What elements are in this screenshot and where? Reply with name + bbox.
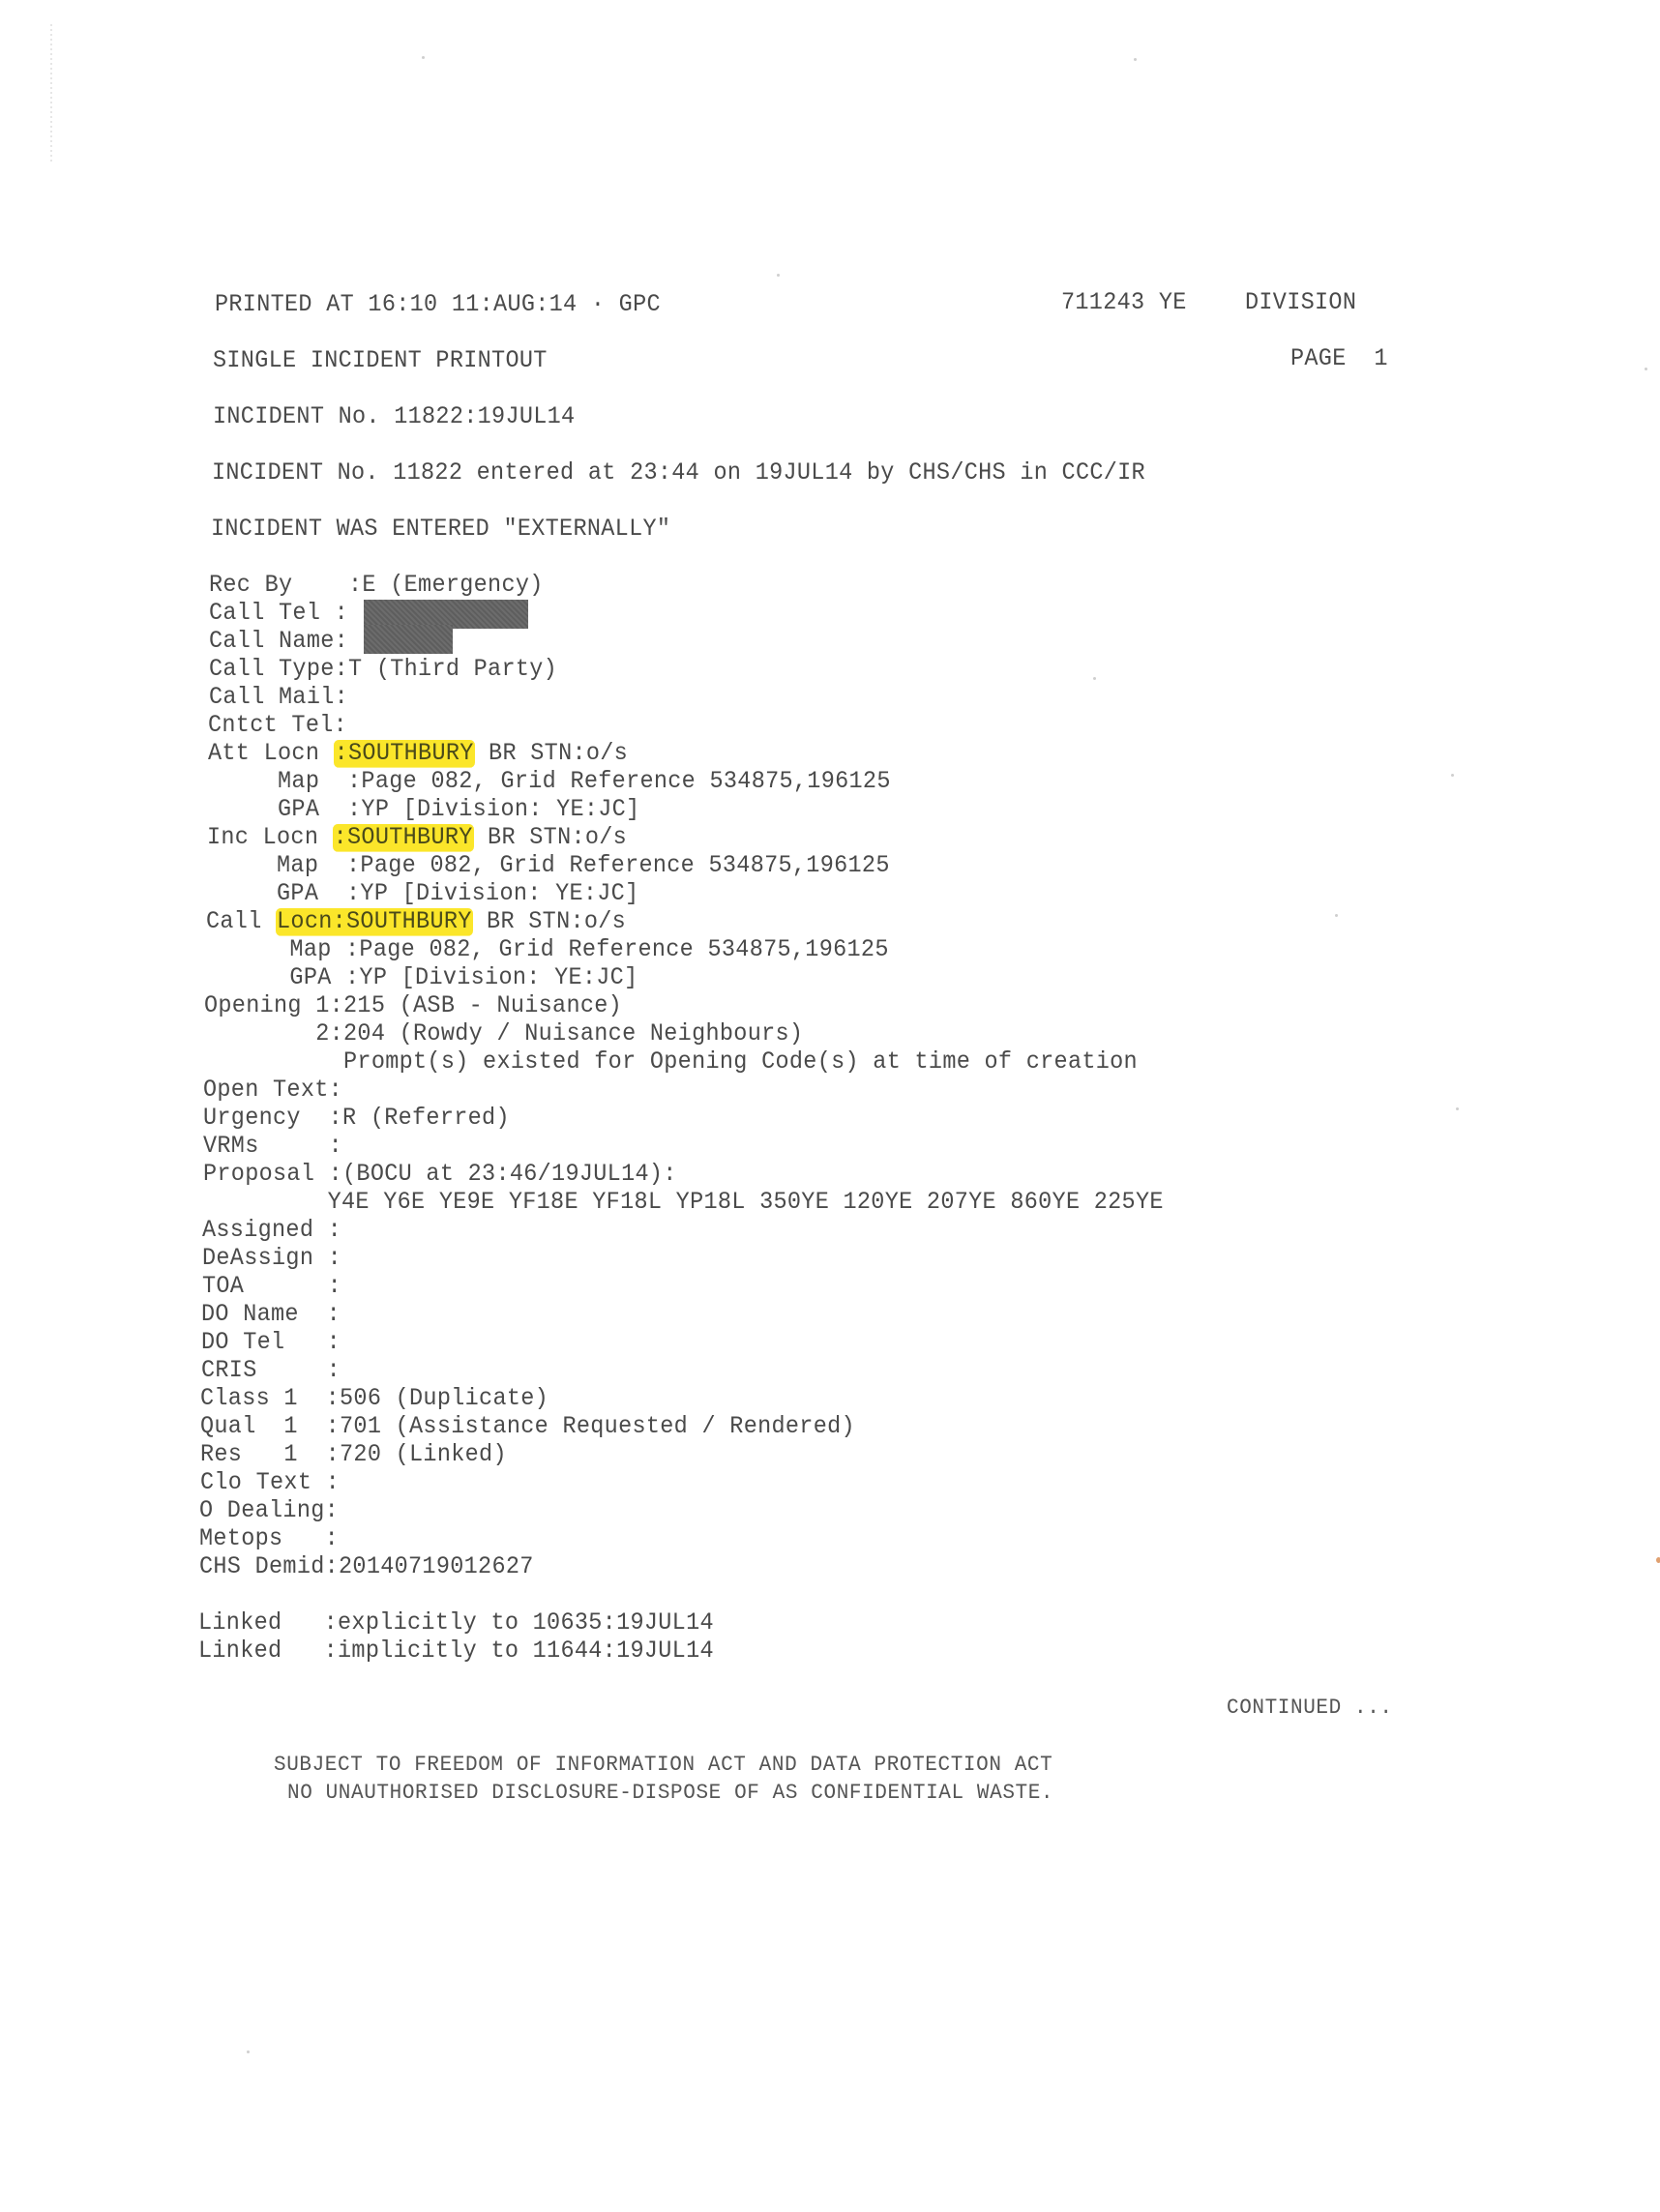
incident-number: INCIDENT No. 11822:19JUL14 (213, 402, 575, 432)
field-cris: CRIS : (201, 1356, 341, 1386)
field-cntct-tel: Cntct Tel: (208, 711, 347, 741)
printed-at: PRINTED AT 16:10 11:AUG:14 · GPC (215, 290, 661, 320)
field-call-type: Call Type:T (Third Party) (209, 655, 557, 685)
confidentiality-notice-2: NO UNAUTHORISED DISCLOSURE-DISPOSE OF AS… (287, 1779, 1053, 1809)
field-proposal-units: Y4E Y6E YE9E YF18E YF18L YP18L 350YE 120… (202, 1188, 1164, 1218)
field-call-mail: Call Mail: (209, 683, 348, 713)
field-chs-demid: CHS Demid:20140719012627 (199, 1552, 534, 1582)
field-att-locn: Att Locn :SOUTHBURY BR STN:o/s (208, 739, 628, 769)
redaction-call-name (364, 625, 453, 654)
field-urgency: Urgency :R (Referred) (203, 1104, 510, 1134)
scan-speck (1645, 368, 1647, 370)
field-opening-1: Opening 1:215 (ASB - Nuisance) (204, 991, 622, 1021)
page-indicator: PAGE 1 (1290, 344, 1388, 374)
field-open-text: Open Text: (203, 1076, 342, 1106)
highlight-southbury: :SOUTHBURY (333, 824, 474, 852)
continued-label: CONTINUED ... (1227, 1694, 1393, 1724)
field-opening-2: 2:204 (Rowdy / Nuisance Neighbours) (204, 1019, 803, 1049)
field-vrms: VRMs : (203, 1132, 342, 1162)
field-do-name: DO Name : (201, 1300, 341, 1330)
scan-speck (1656, 1557, 1660, 1563)
field-deassign: DeAssign : (202, 1244, 341, 1274)
field-rec-by: Rec By :E (Emergency) (209, 571, 544, 601)
field-att-map: Map :Page 082, Grid Reference 534875,196… (208, 767, 891, 797)
field-linked-implicit: Linked :implicitly to 11644:19JUL14 (198, 1637, 714, 1666)
scan-speck (1451, 774, 1454, 777)
field-qual-1: Qual 1 :701 (Assistance Requested / Rend… (200, 1412, 855, 1442)
highlight-southbury: Locn:SOUTHBURY (276, 908, 473, 936)
reference-code: 711243 YE (1061, 288, 1187, 318)
scan-speck (1456, 1107, 1459, 1110)
field-metops: Metops : (199, 1524, 339, 1554)
incident-entered-externally: INCIDENT WAS ENTERED "EXTERNALLY" (211, 515, 670, 545)
scan-speck (1093, 677, 1096, 680)
field-inc-map: Map :Page 082, Grid Reference 534875,196… (207, 851, 890, 881)
field-call-name: Call Name: (209, 627, 348, 657)
field-call-map: Map :Page 082, Grid Reference 534875,196… (206, 935, 889, 965)
division-label: DIVISION (1245, 288, 1356, 318)
field-do-tel: DO Tel : (201, 1328, 341, 1358)
document-title: SINGLE INCIDENT PRINTOUT (213, 346, 548, 376)
incident-entered-line: INCIDENT No. 11822 entered at 23:44 on 1… (212, 458, 1145, 488)
field-clo-text: Clo Text : (200, 1468, 340, 1498)
scan-speck (247, 2050, 250, 2053)
field-linked-explicit: Linked :explicitly to 10635:19JUL14 (198, 1608, 714, 1638)
scan-speck (1335, 914, 1338, 917)
field-res-1: Res 1 :720 (Linked) (200, 1440, 507, 1470)
field-assigned: Assigned : (202, 1216, 341, 1246)
scan-speck (777, 274, 780, 277)
field-opening-prompt: Prompt(s) existed for Opening Code(s) at… (204, 1047, 1138, 1077)
field-call-locn: Call Locn:SOUTHBURY BR STN:o/s (206, 907, 626, 937)
field-class-1: Class 1 :506 (Duplicate) (200, 1384, 548, 1414)
field-proposal: Proposal :(BOCU at 23:46/19JUL14): (203, 1160, 677, 1190)
scan-edge-marks (50, 24, 52, 164)
field-call-tel: Call Tel : (209, 599, 348, 629)
field-o-dealing: O Dealing: (199, 1496, 339, 1526)
scan-speck (422, 56, 425, 59)
field-inc-gpa: GPA :YP [Division: YE:JC] (207, 879, 638, 909)
page-number: 1 (1374, 345, 1387, 373)
field-call-gpa: GPA :YP [Division: YE:JC] (206, 963, 637, 993)
scan-speck (1134, 58, 1137, 61)
confidentiality-notice-1: SUBJECT TO FREEDOM OF INFORMATION ACT AN… (274, 1751, 1052, 1781)
highlight-southbury: :SOUTHBURY (334, 740, 475, 768)
field-att-gpa: GPA :YP [Division: YE:JC] (208, 795, 639, 825)
field-inc-locn: Inc Locn :SOUTHBURY BR STN:o/s (207, 823, 627, 853)
field-toa: TOA : (202, 1272, 341, 1302)
page-label: PAGE (1290, 345, 1347, 373)
